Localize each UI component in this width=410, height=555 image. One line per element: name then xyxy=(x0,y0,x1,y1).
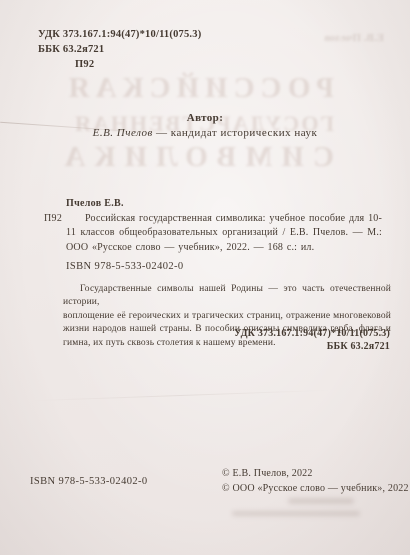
catalog-card: Пчелов Е.В. П92 Российская государственн… xyxy=(66,197,382,255)
author-name: Е.В. Пчелов xyxy=(93,127,153,139)
author-sign-code: П92 xyxy=(38,58,201,73)
catalog-author: Пчелов Е.В. xyxy=(66,197,382,212)
bbk-number: ББК 63.2я721 xyxy=(38,43,201,58)
isbn-number-footer: ISBN 978-5-533-02402-0 xyxy=(30,476,148,487)
author-heading: Автор: xyxy=(0,111,410,126)
showthrough-line: РОССИЙСКАЯ xyxy=(78,74,334,103)
udc-number: УДК 373.167.1:94(47)*10/11(075.3) xyxy=(234,327,390,340)
description-line: Российская государственная символика: уч… xyxy=(66,212,382,227)
bbk-number: ББК 63.2я721 xyxy=(234,340,390,353)
copyright-block: © Е.В. Пчелов, 2022 © ООО «Русское слово… xyxy=(222,467,409,496)
annotation-line: воплощение её героических и трагических … xyxy=(63,310,391,323)
copyright-publisher: © ООО «Русское слово — учебник», 2022 xyxy=(222,482,409,497)
catalog-code: П92 xyxy=(44,212,62,227)
showthrough-smudge xyxy=(232,511,360,516)
paper-crease xyxy=(30,390,330,401)
copyright-author: © Е.В. Пчелов, 2022 xyxy=(222,467,409,482)
showthrough-smudge xyxy=(288,498,354,504)
author-line: Е.В. Пчелов — кандидат исторических наук xyxy=(0,126,410,141)
author-showthrough: Е.В. Пчелов xyxy=(324,32,384,44)
book-imprint-page: РОССИЙСКАЯ ГОСУДАРСТВЕННАЯ СИМВОЛИКА Е.В… xyxy=(0,0,410,555)
author-degree: — кандидат исторических наук xyxy=(153,127,318,139)
description-line: ООО «Русское слово — учебник», 2022. — 1… xyxy=(66,241,382,256)
author-block: Автор: Е.В. Пчелов — кандидат историческ… xyxy=(0,111,410,141)
isbn-number: ISBN 978-5-533-02402-0 xyxy=(66,261,184,272)
udc-number: УДК 373.167.1:94(47)*10/11(075.3) xyxy=(38,28,201,43)
description-line: 11 классов общеобразовательных организац… xyxy=(66,226,382,241)
annotation-line: Государственные символы нашей Родины — э… xyxy=(63,283,391,310)
classification-block: УДК 373.167.1:94(47)*10/11(075.3) ББК 63… xyxy=(38,28,201,72)
classification-block-right: УДК 373.167.1:94(47)*10/11(075.3) ББК 63… xyxy=(234,327,390,353)
bibliographic-description: П92 Российская государственная символика… xyxy=(66,212,382,256)
showthrough-line: СИМВОЛИКА xyxy=(78,143,334,172)
